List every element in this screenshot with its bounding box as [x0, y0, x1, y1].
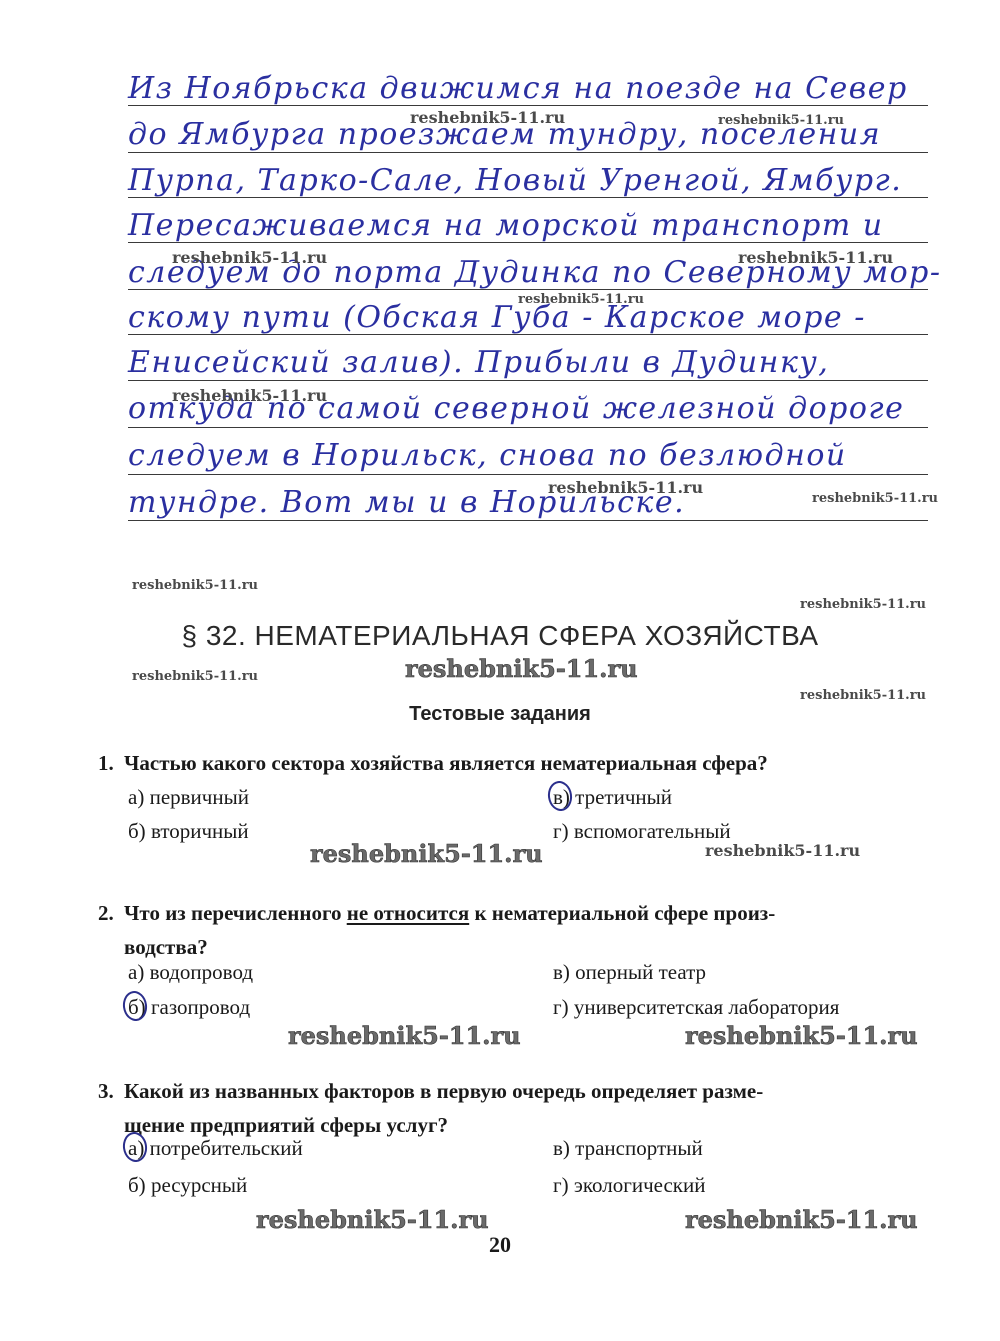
- ruled-line: [128, 242, 928, 243]
- watermark: reshebnik5-11.ru: [132, 670, 258, 683]
- option-text: транспортный: [575, 1136, 703, 1160]
- option-letter: а): [128, 787, 144, 808]
- handwritten-line: Пурпа, Тарко-Сале, Новый Уренгой, Ямбург…: [128, 166, 933, 196]
- option-text: потребительский: [150, 1136, 303, 1160]
- option-b[interactable]: б) вторичный: [128, 821, 249, 842]
- option-text: вторичный: [151, 819, 249, 843]
- option-letter: б): [128, 1175, 146, 1196]
- option-a[interactable]: а) первичный: [128, 787, 249, 808]
- watermark: reshebnik5-11.ru: [288, 1024, 521, 1048]
- option-text: первичный: [150, 785, 249, 809]
- ruled-line: [128, 289, 928, 290]
- watermark: reshebnik5-11.ru: [685, 1208, 918, 1232]
- underlined-emphasis: не относится: [347, 901, 469, 925]
- watermark: reshebnik5-11.ru: [256, 1208, 489, 1232]
- option-text: третичный: [575, 785, 672, 809]
- watermark: reshebnik5-11.ru: [800, 689, 926, 702]
- workbook-page: Из Ноябрьска движимся на поезде на Север…: [0, 0, 1000, 1341]
- handwritten-line: скому пути (Обская Губа - Карское море -: [128, 303, 933, 333]
- option-letter: г): [553, 821, 569, 842]
- handwritten-line: Из Ноябрьска движимся на поезде на Север: [128, 74, 933, 104]
- ruled-line: [128, 152, 928, 153]
- option-letter: б): [128, 821, 146, 842]
- handwritten-line: Пересаживаемся на морской транспорт и: [128, 211, 933, 241]
- option-letter: в): [553, 787, 570, 808]
- handwritten-line: следуем в Норильск, снова по безлюдной: [128, 441, 933, 471]
- ruled-line: [128, 197, 928, 198]
- option-text: оперный театр: [575, 960, 706, 984]
- option-letter: в): [553, 962, 570, 983]
- watermark: reshebnik5-11.ru: [172, 250, 327, 266]
- option-text: водопровод: [150, 960, 253, 984]
- option-text: ресурсный: [151, 1173, 247, 1197]
- section-title: § 32. НЕМАТЕРИАЛЬНАЯ СФЕРА ХОЗЯЙСТВА: [0, 622, 1000, 650]
- option-text: университетская лаборатория: [574, 995, 840, 1019]
- selected-circle-icon: [121, 1130, 149, 1163]
- section-subtitle: Тестовые задания: [0, 704, 1000, 724]
- option-v[interactable]: в) оперный театр: [553, 962, 706, 983]
- ruled-line: [128, 520, 928, 521]
- watermark: reshebnik5-11.ru: [405, 657, 638, 681]
- watermark: reshebnik5-11.ru: [812, 492, 938, 505]
- ruled-line: [128, 427, 928, 428]
- watermark: reshebnik5-11.ru: [685, 1024, 918, 1048]
- option-letter: г): [553, 997, 569, 1018]
- ruled-line: [128, 380, 928, 381]
- option-a-selected[interactable]: а) потребительский: [128, 1138, 303, 1159]
- option-letter: а): [128, 1138, 144, 1159]
- option-b[interactable]: б) ресурсный: [128, 1175, 247, 1196]
- option-v[interactable]: в) транспортный: [553, 1138, 703, 1159]
- option-g[interactable]: г) университетская лаборатория: [553, 997, 839, 1018]
- watermark: reshebnik5-11.ru: [172, 388, 327, 404]
- option-letter: а): [128, 962, 144, 983]
- option-text: экологический: [574, 1173, 706, 1197]
- watermark: reshebnik5-11.ru: [132, 579, 258, 592]
- ruled-line: [128, 334, 928, 335]
- question-3: 3.Какой из названных факторов в первую о…: [98, 1074, 938, 1142]
- option-text: газопровод: [151, 995, 250, 1019]
- ruled-line: [128, 105, 928, 106]
- option-v-selected[interactable]: в) третичный: [553, 787, 672, 808]
- question-text: Какой из названных факторов в первую оче…: [124, 1079, 763, 1103]
- watermark: reshebnik5-11.ru: [718, 114, 844, 127]
- option-letter: г): [553, 1175, 569, 1196]
- watermark: reshebnik5-11.ru: [518, 293, 644, 306]
- watermark: reshebnik5-11.ru: [800, 598, 926, 611]
- watermark: reshebnik5-11.ru: [738, 250, 893, 266]
- ruled-line: [128, 474, 928, 475]
- option-letter: б): [128, 997, 146, 1018]
- option-letter: в): [553, 1138, 570, 1159]
- question-1: 1.Частью какого сектора хозяйства являет…: [98, 746, 938, 780]
- question-number: 2.: [98, 896, 124, 930]
- watermark: reshebnik5-11.ru: [410, 110, 565, 126]
- option-g[interactable]: г) вспомогательный: [553, 821, 731, 842]
- watermark: reshebnik5-11.ru: [705, 843, 860, 859]
- question-text: Частью какого сектора хозяйства является…: [124, 751, 768, 775]
- option-g[interactable]: г) экологический: [553, 1175, 705, 1196]
- option-text: вспомогательный: [574, 819, 731, 843]
- question-2: 2.Что из перечисленного не относится к н…: [98, 896, 938, 964]
- question-number: 1.: [98, 746, 124, 780]
- watermark: reshebnik5-11.ru: [310, 842, 543, 866]
- option-b-selected[interactable]: б) газопровод: [128, 997, 250, 1018]
- question-number: 3.: [98, 1074, 124, 1108]
- question-text-continued: водства?: [98, 930, 938, 964]
- option-a[interactable]: а) водопровод: [128, 962, 253, 983]
- page-number: 20: [0, 1232, 1000, 1258]
- handwritten-line: Енисейский залив). Прибыли в Дудинку,: [128, 348, 933, 378]
- watermark: reshebnik5-11.ru: [548, 480, 703, 496]
